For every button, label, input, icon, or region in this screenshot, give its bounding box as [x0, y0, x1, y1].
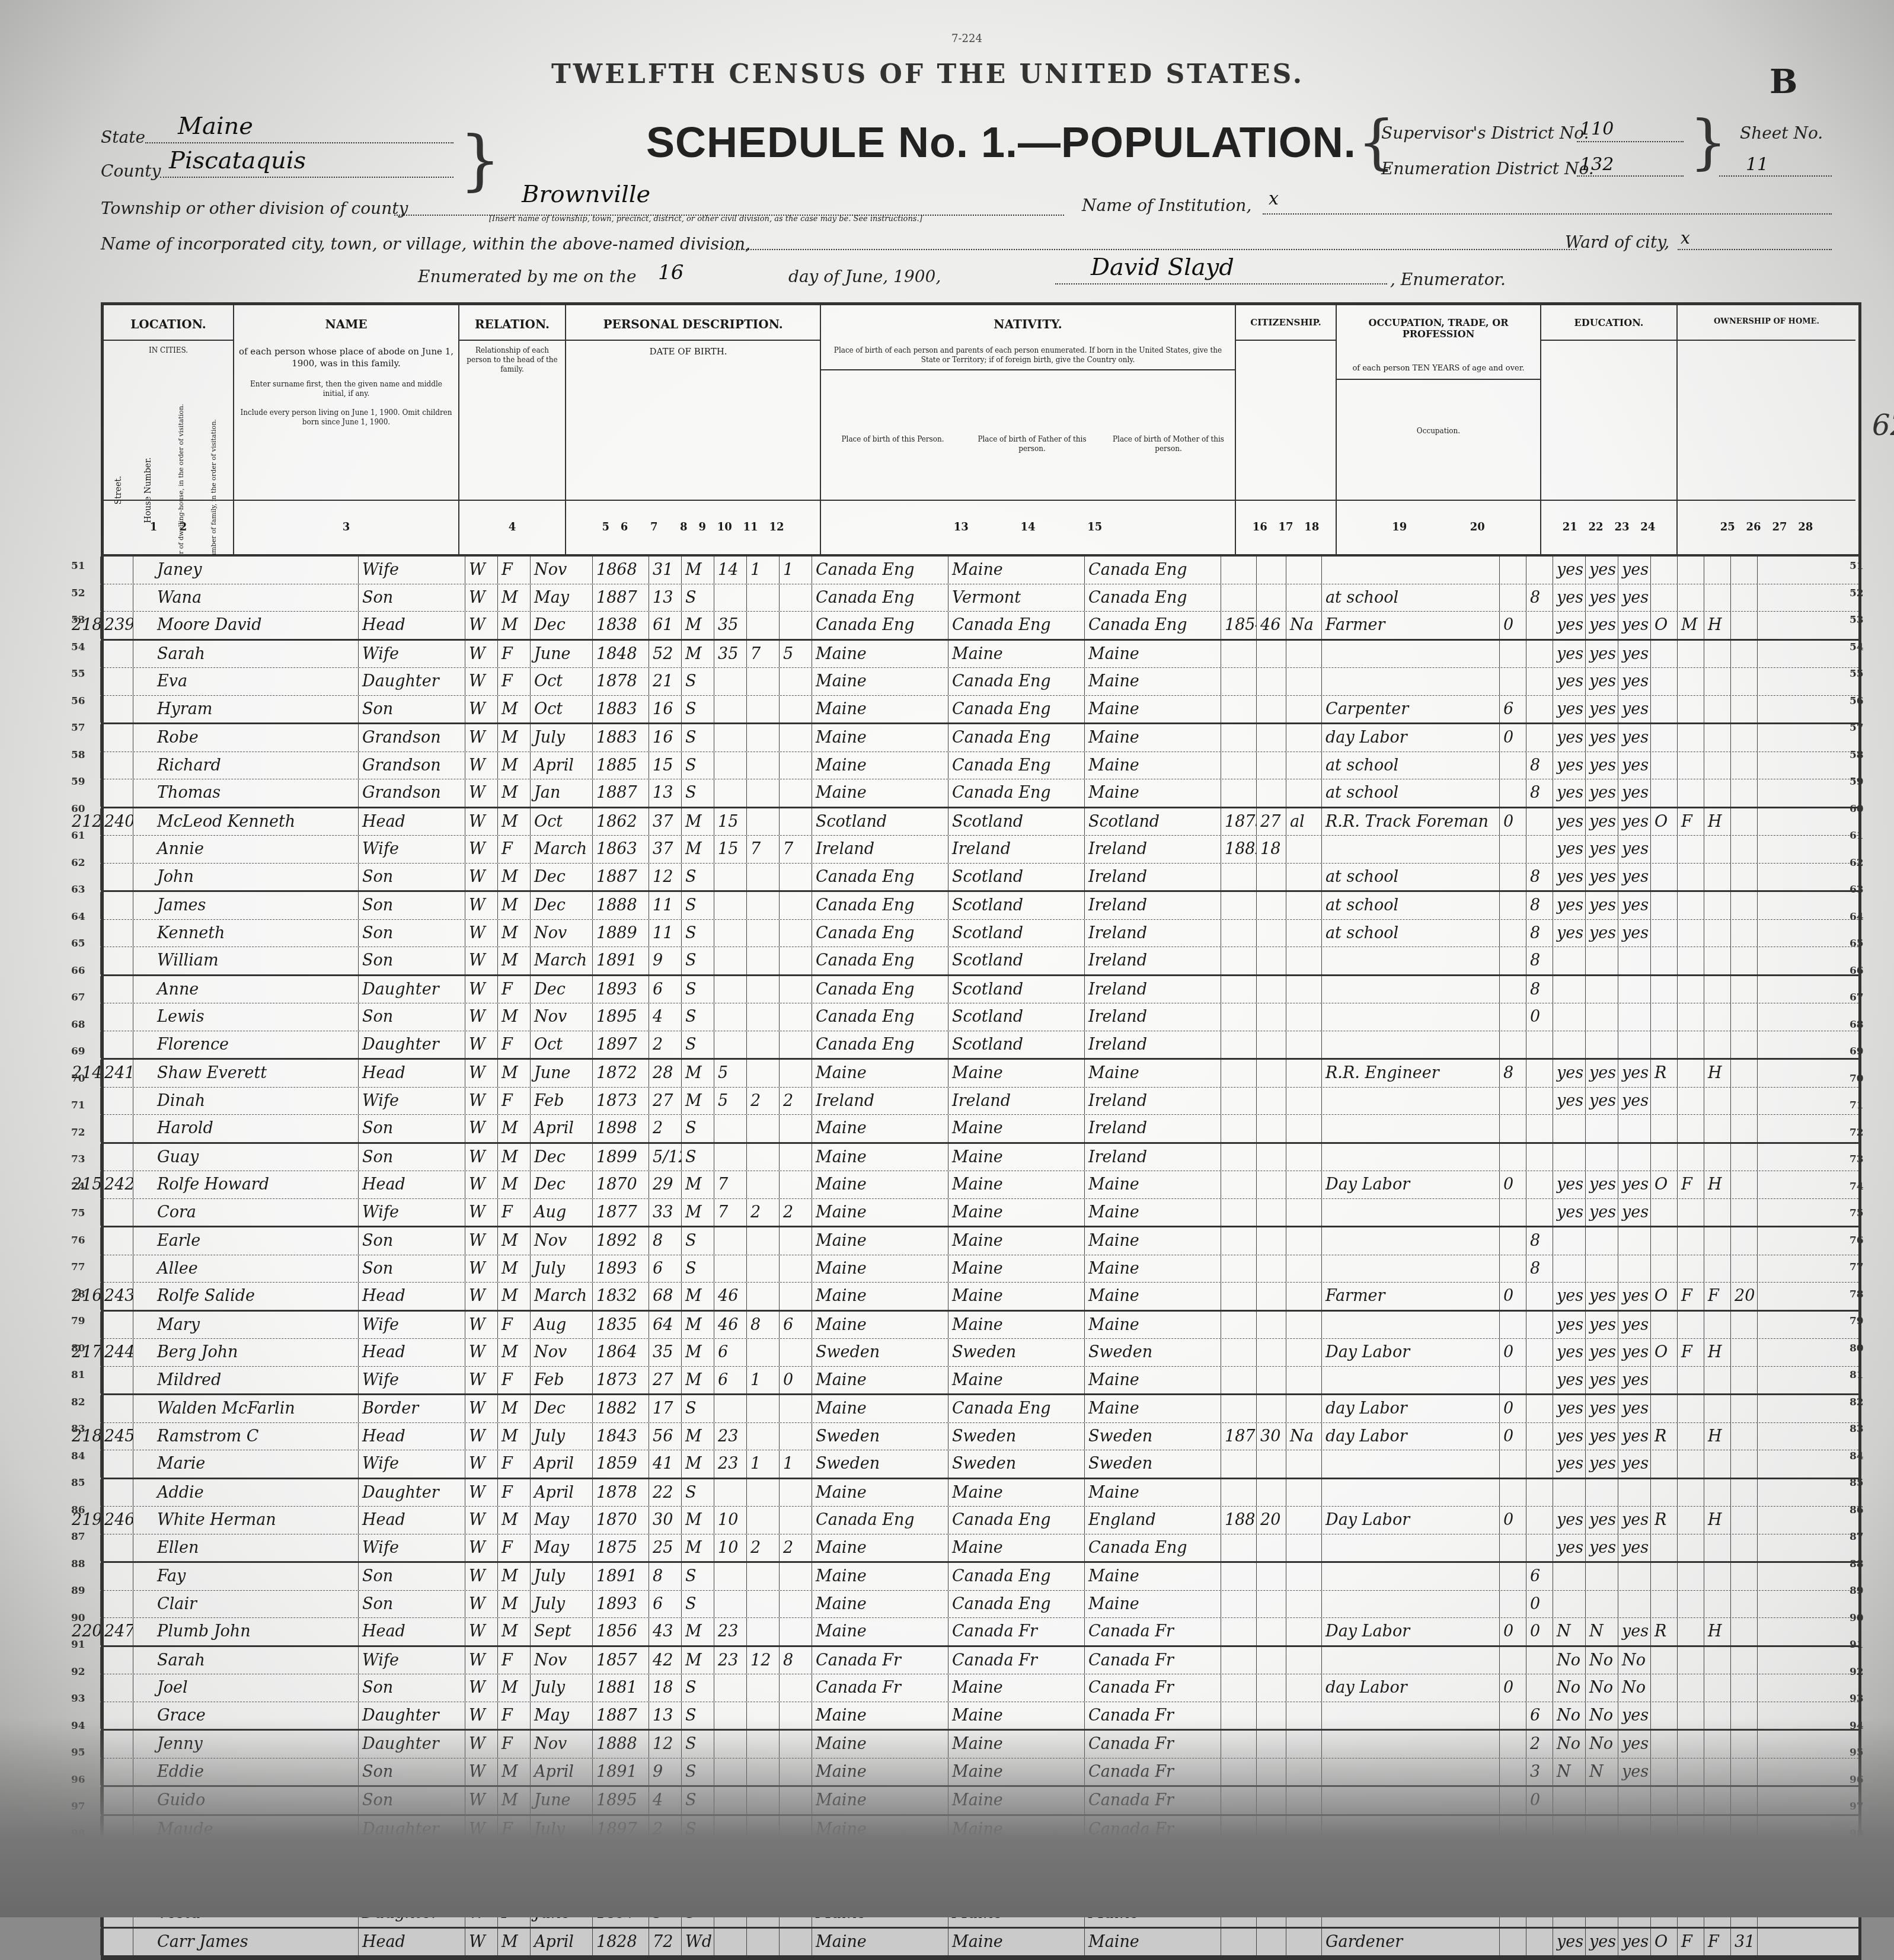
cell-age: 33: [649, 1199, 682, 1226]
cell-lv: [780, 864, 812, 891]
cell-unemp: [1500, 1199, 1526, 1226]
cell-mon: April: [531, 1115, 593, 1142]
scan-shadow: [0, 1719, 1894, 1917]
cell-bf: Maine: [948, 1115, 1085, 1142]
cell-ym: 23: [714, 1618, 747, 1645]
cell-fh: [1704, 1199, 1731, 1226]
cell-fm: [1678, 1534, 1704, 1562]
cell-rel: Son: [359, 947, 465, 974]
cell-fm: F: [1678, 1171, 1704, 1198]
cell-yus: [1257, 1255, 1286, 1283]
cell-mo: [747, 696, 780, 723]
cell-occ: at school: [1322, 892, 1500, 919]
cell-fam: [101, 1534, 133, 1562]
cell-col: W: [465, 864, 498, 891]
cell-mo: [747, 1031, 780, 1059]
cell-fm: [1678, 1199, 1704, 1226]
cell-own: [1651, 724, 1678, 752]
cell-name: Lewis: [133, 1003, 359, 1031]
cell-imm: [1221, 1312, 1257, 1339]
cell-bp: Canada Eng: [812, 920, 948, 947]
cell-rd: yes: [1553, 1060, 1586, 1087]
cell-mo: 2: [747, 1534, 780, 1562]
line-number: 61: [1850, 830, 1864, 842]
cell-occ: Carpenter: [1322, 696, 1500, 723]
cell-bm: Maine: [1085, 1060, 1221, 1087]
cell-imm: [1221, 1367, 1257, 1394]
cell-yus: [1257, 1031, 1286, 1059]
table-row: MaryWifeWFAug183564M4686MaineMaineMainey…: [104, 1312, 1858, 1339]
cell-unemp: 0: [1500, 612, 1526, 639]
cell-unemp: [1500, 976, 1526, 1003]
cell-bm: Scotland: [1085, 808, 1221, 836]
cell-lv: 2: [780, 1534, 812, 1562]
cell-own: O: [1651, 1283, 1678, 1310]
cell-mo: 2: [747, 1199, 780, 1226]
cell-fs: [1731, 976, 1758, 1003]
cell-col: W: [465, 1367, 498, 1394]
cell-mo: [747, 864, 780, 891]
cell-mon: Aug: [531, 1199, 593, 1226]
cell-fam: [101, 1115, 133, 1142]
cell-sch: 8: [1526, 947, 1553, 974]
cell-bp: Maine: [812, 1255, 948, 1283]
cell-yr: 1875: [593, 1534, 649, 1562]
cell-name: Mildred: [133, 1367, 359, 1394]
cell-yr: 1843: [593, 1423, 649, 1450]
cell-sch: [1526, 1031, 1553, 1059]
cell-mon: June: [531, 641, 593, 668]
cell-age: 42: [649, 1647, 682, 1674]
cell-fs: [1731, 892, 1758, 919]
cell-wr: yes: [1586, 836, 1618, 863]
cell-name: Allee: [133, 1255, 359, 1283]
cell-bm: Maine: [1085, 696, 1221, 723]
cell-col: W: [465, 920, 498, 947]
cell-yr: 1891: [593, 1563, 649, 1590]
cell-sex: M: [498, 584, 531, 612]
cell-sex: M: [498, 1255, 531, 1283]
cell-fs: [1731, 1423, 1758, 1450]
cell-imm: 1854: [1221, 612, 1257, 639]
cell-rd: yes: [1553, 1423, 1586, 1450]
cell-yus: [1257, 1395, 1286, 1422]
cell-fam: [101, 752, 133, 779]
cell-mo: [747, 612, 780, 639]
cell-bf: Ireland: [948, 836, 1085, 863]
line-number: 71: [1850, 1099, 1864, 1111]
cell-bp: Ireland: [812, 836, 948, 863]
cell-occ: day Labor: [1322, 1395, 1500, 1422]
cell-fs: [1731, 1395, 1758, 1422]
cell-imm: [1221, 641, 1257, 668]
cell-rel: Son: [359, 1674, 465, 1702]
cell-bm: Maine: [1085, 641, 1221, 668]
cell-bm: England: [1085, 1507, 1221, 1534]
cell-mo: [747, 920, 780, 947]
cell-bp: Maine: [812, 696, 948, 723]
cell-fh: [1704, 724, 1731, 752]
cell-bm: Ireland: [1085, 864, 1221, 891]
sheet-letter: B: [1770, 62, 1797, 101]
table-row: GuaySonWMDec18995/12SMaineMaineIreland: [104, 1144, 1858, 1172]
cell-fh: [1704, 1144, 1731, 1171]
cell-mar: S: [682, 1227, 714, 1255]
cell-mon: July: [531, 1423, 593, 1450]
cell-own: [1651, 1395, 1678, 1422]
cell-fh: H: [1704, 1060, 1731, 1087]
cell-bm: Ireland: [1085, 1031, 1221, 1059]
cell-occ: [1322, 1450, 1500, 1478]
table-row: KennethSonWMNov188911SCanada EngScotland…: [104, 920, 1858, 948]
cell-rel: Head: [359, 1423, 465, 1450]
cell-mon: March: [531, 947, 593, 974]
cell-occ: Day Labor: [1322, 1339, 1500, 1366]
cell-bf: Scotland: [948, 1003, 1085, 1031]
cell-fh: [1704, 584, 1731, 612]
cell-fm: [1678, 1255, 1704, 1283]
supervisor-value: 110: [1580, 119, 1614, 139]
table-row: CoraWifeWFAug187733M722MaineMaineMaineye…: [104, 1199, 1858, 1228]
cell-yr: 1897: [593, 1031, 649, 1059]
cell-bm: Canada Eng: [1085, 584, 1221, 612]
cell-occ: at school: [1322, 864, 1500, 891]
line-number: 92: [1850, 1666, 1864, 1678]
cell-yr: 1882: [593, 1395, 649, 1422]
cell-name: Fay: [133, 1563, 359, 1590]
cell-fam: [101, 1088, 133, 1115]
cell-mo: [747, 1227, 780, 1255]
cell-name: McLeod Kenneth: [133, 808, 359, 836]
cell-bm: Sweden: [1085, 1450, 1221, 1478]
cell-bm: Maine: [1085, 1312, 1221, 1339]
cell-age: 9: [649, 947, 682, 974]
cell-col: W: [465, 1283, 498, 1310]
line-number: 74: [1850, 1181, 1864, 1192]
cell-rel: Son: [359, 1563, 465, 1590]
cell-fam: [101, 1450, 133, 1478]
cell-fam: [101, 1312, 133, 1339]
cell-yr: 1864: [593, 1339, 649, 1366]
cell-wr: yes: [1586, 920, 1618, 947]
cell-yus: [1257, 752, 1286, 779]
cell-ym: [714, 1591, 747, 1618]
cell-mon: July: [531, 724, 593, 752]
cell-bf: Scotland: [948, 947, 1085, 974]
cell-rd: [1553, 976, 1586, 1003]
cell-fs: [1731, 1367, 1758, 1394]
cell-en: yes: [1618, 1339, 1651, 1366]
cell-mar: S: [682, 1479, 714, 1507]
cell-mar: M: [682, 1534, 714, 1562]
cell-occ: [1322, 1031, 1500, 1059]
cell-mar: M: [682, 1199, 714, 1226]
cell-imm: [1221, 947, 1257, 974]
cell-lv: [780, 976, 812, 1003]
cell-own: [1651, 1003, 1678, 1031]
cell-nat: [1286, 1031, 1322, 1059]
cell-en: yes: [1618, 1312, 1651, 1339]
line-number: 68: [1850, 1019, 1864, 1031]
cell-nat: [1286, 1563, 1322, 1590]
cell-ym: 6: [714, 1339, 747, 1366]
cell-ym: [714, 696, 747, 723]
cell-imm: [1221, 584, 1257, 612]
line-number: 68: [71, 1019, 85, 1031]
cell-bm: Maine: [1085, 1367, 1221, 1394]
cell-mon: July: [531, 1591, 593, 1618]
cell-mon: Feb: [531, 1367, 593, 1394]
cell-nat: [1286, 1618, 1322, 1645]
cell-en: yes: [1618, 779, 1651, 807]
cell-wr: yes: [1586, 752, 1618, 779]
cell-bp: Canada Fr: [812, 1674, 948, 1702]
cell-fam: [101, 1395, 133, 1422]
cell-yr: 1883: [593, 696, 649, 723]
cell-own: R: [1651, 1060, 1678, 1087]
cell-fm: [1678, 1423, 1704, 1450]
cell-col: W: [465, 1479, 498, 1507]
cell-fh: [1704, 779, 1731, 807]
ward-line: [1678, 249, 1832, 250]
cell-col: W: [465, 641, 498, 668]
cell-imm: [1221, 1088, 1257, 1115]
cell-fm: [1678, 1563, 1704, 1590]
cell-bf: Ireland: [948, 1088, 1085, 1115]
cell-fs: [1731, 1144, 1758, 1171]
cell-yus: [1257, 1312, 1286, 1339]
cell-mon: Sept: [531, 1618, 593, 1645]
cell-age: 11: [649, 892, 682, 919]
cell-own: [1651, 1144, 1678, 1171]
cell-bf: Sweden: [948, 1339, 1085, 1366]
line-number: 81: [71, 1369, 85, 1381]
cell-fs: 20: [1731, 1283, 1758, 1310]
cell-fam: [101, 836, 133, 863]
enumeration-line: [1577, 175, 1684, 177]
line-number: 54: [1850, 641, 1864, 653]
line-number: 55: [71, 668, 85, 680]
cell-own: [1651, 947, 1678, 974]
table-row: RobeGrandsonWMJuly188316SMaineCanada Eng…: [104, 724, 1858, 752]
cell-occ: [1322, 836, 1500, 863]
cell-fh: H: [1704, 1618, 1731, 1645]
cell-ym: [714, 668, 747, 695]
cell-en: yes: [1618, 641, 1651, 668]
cell-nat: [1286, 1088, 1322, 1115]
cell-rd: yes: [1553, 864, 1586, 891]
institution-line: [1263, 213, 1832, 215]
cell-bp: Canada Fr: [812, 1647, 948, 1674]
cell-imm: [1221, 696, 1257, 723]
cell-bm: Canada Eng: [1085, 1534, 1221, 1562]
cell-fh: H: [1704, 1339, 1731, 1366]
cell-lv: 2: [780, 1199, 812, 1226]
cell-yus: 27: [1257, 808, 1286, 836]
cell-en: yes: [1618, 1450, 1651, 1478]
cell-fam: [101, 1479, 133, 1507]
cell-lv: [780, 1618, 812, 1645]
cell-yr: 1848: [593, 641, 649, 668]
cell-yr: 1878: [593, 1479, 649, 1507]
cell-col: W: [465, 557, 498, 584]
cell-fm: [1678, 1031, 1704, 1059]
cell-imm: 1880: [1221, 1507, 1257, 1534]
cell-name: John: [133, 864, 359, 891]
cell-occ: Farmer: [1322, 1283, 1500, 1310]
table-row: HaroldSonWMApril18982SMaineMaineIreland: [104, 1115, 1858, 1144]
cell-yr: 1862: [593, 808, 649, 836]
cell-name: Ellen: [133, 1534, 359, 1562]
cell-nat: [1286, 1060, 1322, 1087]
cell-own: [1651, 1534, 1678, 1562]
cell-bp: Canada Eng: [812, 864, 948, 891]
table-row: 214241Shaw EverettHeadWMJune187228M5Main…: [104, 1060, 1858, 1088]
cell-name: Berg John: [133, 1339, 359, 1366]
cell-imm: 1870: [1221, 1423, 1257, 1450]
cell-fam: [101, 1003, 133, 1031]
cell-wr: [1586, 1227, 1618, 1255]
cell-mar: S: [682, 696, 714, 723]
cell-mar: M: [682, 1507, 714, 1534]
cell-occ: [1322, 1312, 1500, 1339]
cell-age: 13: [649, 584, 682, 612]
cell-sex: M: [498, 1563, 531, 1590]
cell-ym: [714, 1031, 747, 1059]
line-number: 89: [1850, 1585, 1864, 1597]
cell-rd: No: [1553, 1674, 1586, 1702]
cell-sch: 8: [1526, 864, 1553, 891]
table-row: AddieDaughterWFApril187822SMaineMaineMai…: [104, 1479, 1858, 1507]
cell-yr: 1893: [593, 1591, 649, 1618]
line-number: 77: [71, 1261, 85, 1273]
cell-lv: 1: [780, 1450, 812, 1478]
cell-lv: [780, 1171, 812, 1198]
cell-rd: yes: [1553, 1088, 1586, 1115]
table-body: JaneyWifeWFNov186831M1411Canada EngMaine…: [104, 557, 1858, 1917]
line-number: 53: [71, 614, 85, 626]
cell-sex: F: [498, 836, 531, 863]
cell-own: R: [1651, 1618, 1678, 1645]
cell-fs: [1731, 1507, 1758, 1534]
cell-mar: S: [682, 584, 714, 612]
cell-own: [1651, 752, 1678, 779]
cell-fam: 245: [101, 1423, 133, 1450]
cell-age: 6: [649, 976, 682, 1003]
cell-fm: M: [1678, 612, 1704, 639]
cell-nat: [1286, 1227, 1322, 1255]
table-row: EllenWifeWFMay187525M1022MaineMaineCanad…: [104, 1534, 1858, 1563]
cell-rd: yes: [1553, 1312, 1586, 1339]
line-number: 91: [1850, 1639, 1864, 1651]
cell-wr: [1586, 1144, 1618, 1171]
cell-lv: [780, 1395, 812, 1422]
cell-rd: [1553, 1031, 1586, 1059]
cell-mar: S: [682, 668, 714, 695]
cell-unemp: [1500, 920, 1526, 947]
table-row: SarahWifeWFJune184852M3575MaineMaineMain…: [104, 641, 1858, 669]
cell-own: [1651, 864, 1678, 891]
table-row: JohnSonWMDec188712SCanada EngScotlandIre…: [104, 864, 1858, 893]
cell-unemp: 0: [1500, 1395, 1526, 1422]
state-value: Maine: [178, 113, 253, 140]
cell-lv: [780, 1060, 812, 1087]
line-number: 57: [1850, 722, 1864, 734]
cell-nat: [1286, 1479, 1322, 1507]
cell-ym: [714, 864, 747, 891]
cell-age: 37: [649, 836, 682, 863]
cell-own: R: [1651, 1423, 1678, 1450]
cell-fm: [1678, 1647, 1704, 1674]
cell-bf: Canada Eng: [948, 1507, 1085, 1534]
cell-yus: [1257, 1479, 1286, 1507]
cell-fs: [1731, 1479, 1758, 1507]
cell-bp: Maine: [812, 1367, 948, 1394]
cell-bm: Maine: [1085, 1479, 1221, 1507]
cell-mar: M: [682, 1283, 714, 1310]
cell-fam: [101, 1647, 133, 1674]
cell-en: yes: [1618, 1507, 1651, 1534]
header-nativity: NATIVITY. Place of birth of each person …: [821, 305, 1236, 554]
cell-sch: [1526, 1395, 1553, 1422]
cell-lv: [780, 1115, 812, 1142]
cell-occ: at school: [1322, 584, 1500, 612]
cell-lv: [780, 1255, 812, 1283]
cell-col: W: [465, 1227, 498, 1255]
cell-bm: Maine: [1085, 724, 1221, 752]
cell-ym: [714, 1674, 747, 1702]
cell-mo: 8: [747, 1312, 780, 1339]
table-row: FaySonWMJuly18918SMaineCanada EngMaine6: [104, 1563, 1858, 1591]
cell-bf: Maine: [948, 1255, 1085, 1283]
cell-mar: S: [682, 892, 714, 919]
cell-unemp: [1500, 1534, 1526, 1562]
cell-rd: yes: [1553, 1450, 1586, 1478]
cell-wr: [1586, 947, 1618, 974]
cell-own: [1651, 557, 1678, 584]
cell-occ: [1322, 1367, 1500, 1394]
cell-bf: Canada Fr: [948, 1618, 1085, 1645]
cell-mo: [747, 584, 780, 612]
line-number: 91: [71, 1639, 85, 1651]
city-label: Name of incorporated city, town, or vill…: [101, 234, 750, 254]
cell-ym: 23: [714, 1450, 747, 1478]
cell-age: 37: [649, 808, 682, 836]
cell-bp: Canada Eng: [812, 1003, 948, 1031]
cell-fs: [1731, 1003, 1758, 1031]
cell-mo: [747, 1479, 780, 1507]
cell-imm: [1221, 864, 1257, 891]
line-number: 53: [1850, 614, 1864, 626]
cell-fh: [1704, 641, 1731, 668]
cell-mar: M: [682, 1312, 714, 1339]
cell-occ: [1322, 1199, 1500, 1226]
table-row: 218245Ramstrom CHeadWMJuly184356M23Swede…: [104, 1423, 1858, 1451]
cell-mon: Oct: [531, 808, 593, 836]
sheet-line: [1719, 175, 1832, 177]
cell-age: 28: [649, 1060, 682, 1087]
cell-name: Moore David: [133, 612, 359, 639]
cell-bp: Maine: [812, 1563, 948, 1590]
state-line: [145, 142, 453, 143]
cell-name: Plumb John: [133, 1618, 359, 1645]
cell-rd: yes: [1553, 557, 1586, 584]
cell-age: 18: [649, 1674, 682, 1702]
cell-col: W: [465, 1618, 498, 1645]
cell-fam: [101, 947, 133, 974]
cell-sch: 6: [1526, 1563, 1553, 1590]
line-number: 76: [71, 1235, 85, 1246]
